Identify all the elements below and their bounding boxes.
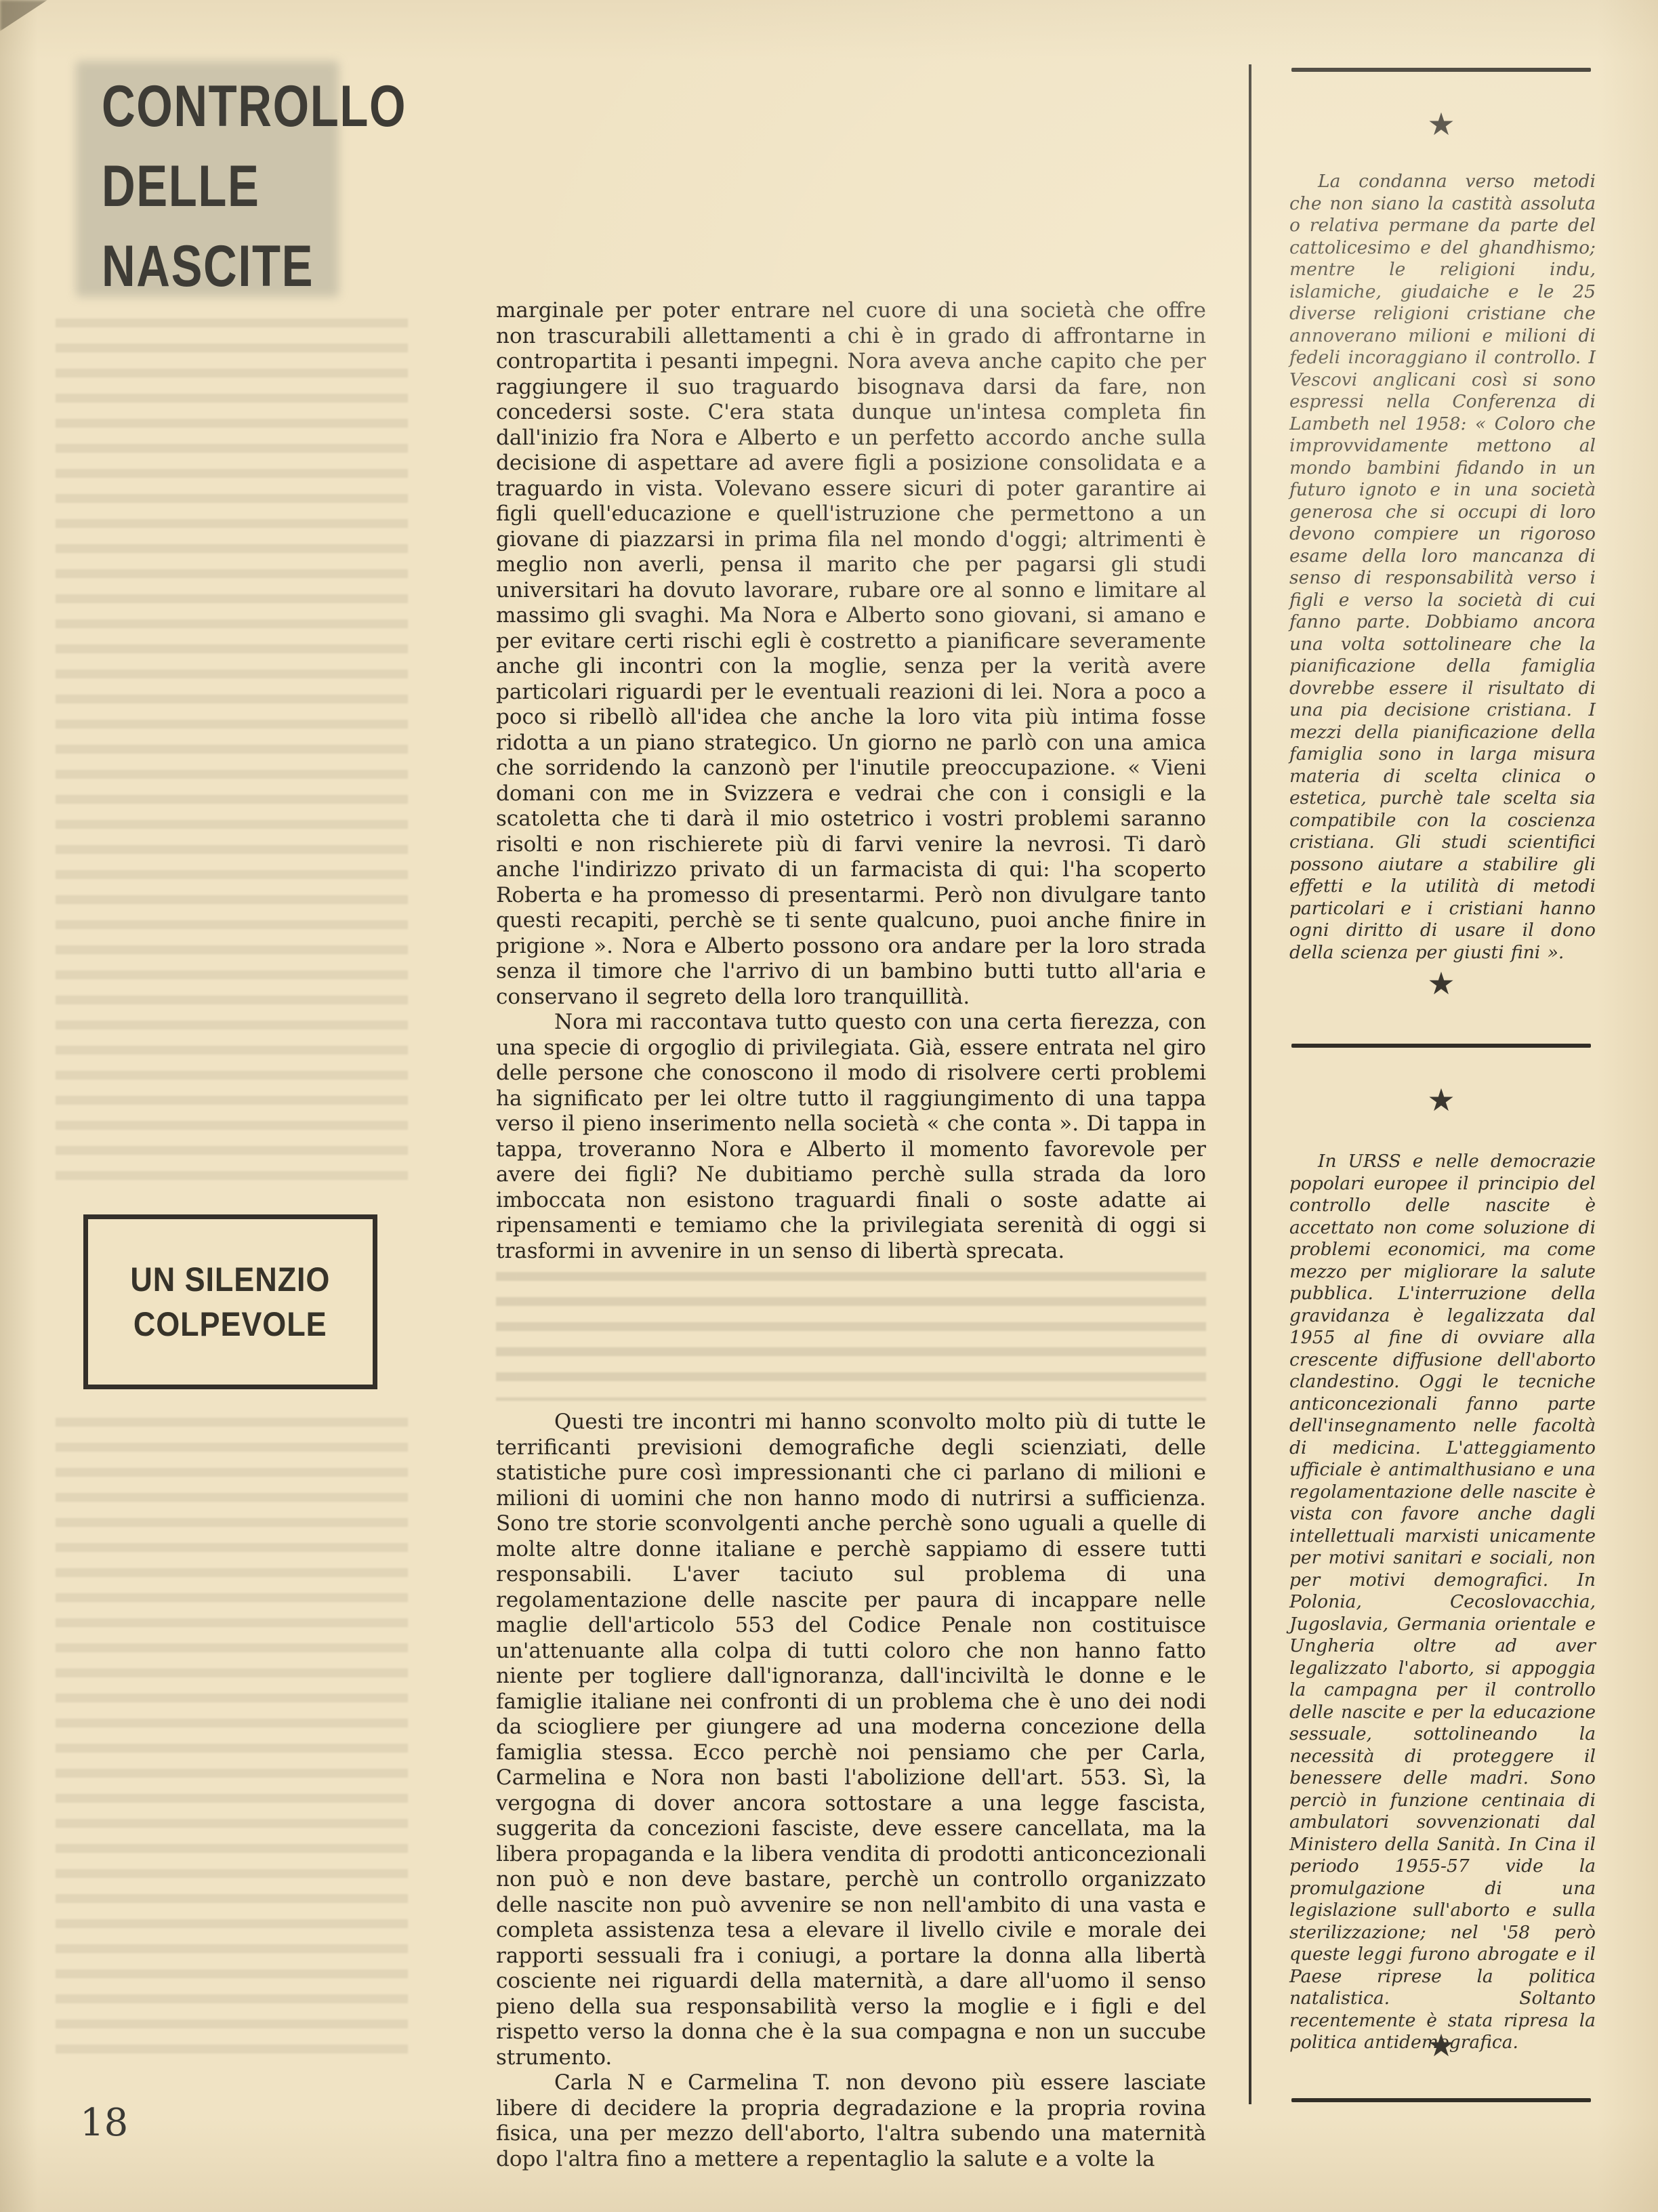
sidebar-note-2: In URSS e nelle democrazie popolari euro…: [1289, 1151, 1596, 2054]
star-separator-icon: ★: [1291, 968, 1591, 999]
star-separator-icon: ★: [1291, 1084, 1591, 1115]
article-title: CONTROLLO DELLE NASCITE: [102, 66, 407, 306]
title-line-1: CONTROLLO: [102, 66, 407, 146]
article-paragraph-1: marginale per poter entrare nel cuore di…: [496, 298, 1206, 1010]
scan-corner-smudge: [0, 0, 47, 31]
sidebar-note-2-text: In URSS e nelle democrazie popolari euro…: [1289, 1151, 1596, 2054]
sidebar-bottom-rule: [1291, 2098, 1591, 2102]
callout-line-1: UN SILENZIO: [131, 1260, 331, 1299]
sidebar-note-1-text: La condanna verso metodi che non siano l…: [1289, 171, 1596, 964]
bleedthrough-center: [496, 1272, 1206, 1401]
callout-box: UN SILENZIO COLPEVOLE: [83, 1214, 377, 1389]
sidebar-mid-rule: [1291, 1044, 1591, 1048]
title-line-2: DELLE: [102, 146, 407, 226]
article-paragraph-2: Nora mi raccontava tutto questo con una …: [496, 1010, 1206, 1264]
star-separator-icon: ★: [1291, 2030, 1591, 2061]
paragraph-gap: [496, 1264, 1206, 1410]
sidebar-note-1: La condanna verso metodi che non siano l…: [1289, 171, 1596, 964]
article-paragraph-3: Questi tre incontri mi hanno sconvolto m…: [496, 1410, 1206, 2070]
magazine-page: { "header": { "title_lines": ["CONTROLLO…: [0, 0, 1658, 2212]
bleedthrough-left-upper: [56, 319, 408, 1189]
column-divider-rule: [1249, 64, 1251, 2104]
page-number: 18: [80, 2101, 128, 2145]
article-paragraph-4: Carla N e Carmelina T. non devono più es…: [496, 2070, 1206, 2172]
main-article: marginale per poter entrare nel cuore di…: [496, 298, 1206, 2172]
bleedthrough-left-lower: [56, 1418, 408, 2068]
star-separator-icon: ★: [1291, 108, 1591, 140]
callout-line-2: COLPEVOLE: [133, 1305, 327, 1344]
title-line-3: NASCITE: [102, 226, 407, 306]
sidebar-top-rule: [1291, 68, 1591, 72]
